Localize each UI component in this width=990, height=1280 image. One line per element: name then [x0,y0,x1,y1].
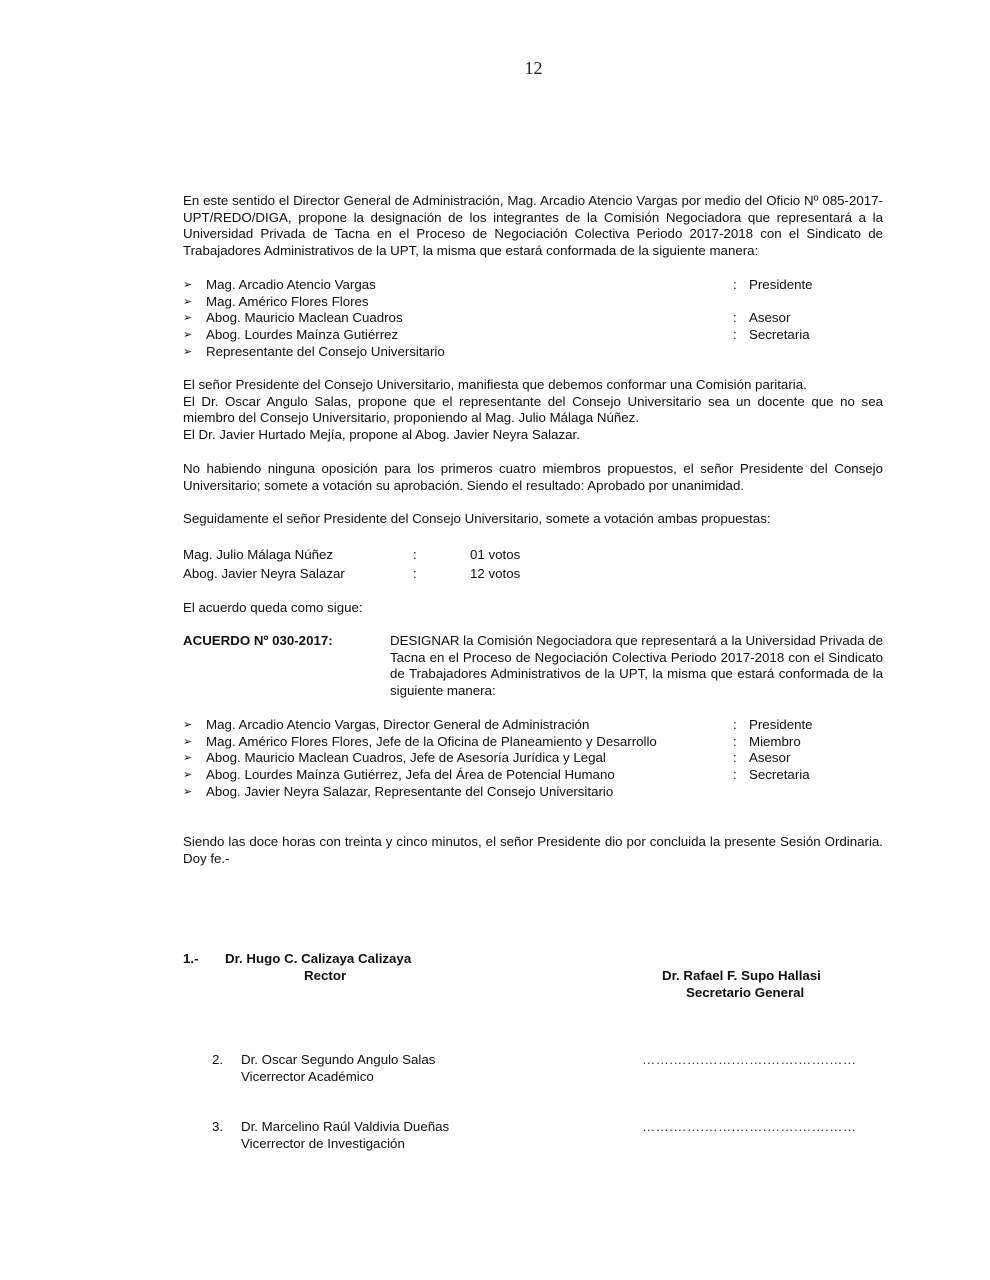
member-name: Representante del Consejo Universitario [206,344,445,359]
paragraph-text: Siendo las doce horas con treinta y cinc… [183,834,883,867]
arrow-bullet-icon: ➢ [183,344,192,361]
candidate-name: Abog. Javier Neyra Salazar [183,566,345,581]
arrow-bullet-icon: ➢ [183,294,192,311]
colon: : [733,327,749,344]
list-item: ➢Abog. Javier Neyra Salazar, Representan… [183,784,883,801]
paragraph-oficio: En este sentido el Director General de A… [183,193,883,260]
secretary-name: Dr. Rafael F. Supo Hallasi [662,968,821,983]
member-role: :Secretaria [733,327,810,344]
colon: : [413,564,417,583]
list-item: ➢Mag. Américo Flores Flores, Jefe de la … [183,734,883,751]
line-1: El señor Presidente del Consejo Universi… [183,377,883,394]
member-name: Mag. Américo Flores Flores, Jefe de la O… [206,734,657,749]
signature-line: …….…….…….…….…….…….…… [642,1119,856,1134]
paragraph-text: El acuerdo queda como sigue: [183,600,883,617]
member-role: :Presidente [733,717,813,734]
signature-number: 1.- [183,951,199,966]
signatory-3: Dr. Marcelino Raúl Valdivia Dueñas Vicer… [241,1119,449,1152]
signature-number: 2. [212,1052,223,1067]
role-label: Secretaria [749,767,810,782]
role-label: Asesor [749,310,790,325]
member-name: Mag. Arcadio Atencio Vargas, Director Ge… [206,717,589,732]
role-label: Asesor [749,750,790,765]
list-item: ➢Abog. Lourdes Maínza Gutiérrez:Secretar… [183,327,883,344]
signature-number: 3. [212,1119,223,1134]
member-role: :Secretaria [733,767,810,784]
commission-final-list: ➢Mag. Arcadio Atencio Vargas, Director G… [183,717,883,800]
colon: : [733,767,749,784]
arrow-bullet-icon: ➢ [183,784,192,801]
arrow-bullet-icon: ➢ [183,310,192,327]
signatory-title: Vicerrector Académico [241,1069,435,1086]
member-role: :Asesor [733,310,790,327]
paragraph-debate: El señor Presidente del Consejo Universi… [183,377,883,444]
arrow-bullet-icon: ➢ [183,717,192,734]
agreement-text: DESIGNAR la Comisión Negociadora que rep… [390,633,883,700]
colon: : [733,717,749,734]
paragraph-closing: Siendo las doce horas con treinta y cinc… [183,834,883,867]
colon: : [733,310,749,327]
member-role [733,294,749,311]
role-label: Miembro [749,734,801,749]
colon: : [733,277,749,294]
member-name: Abog. Mauricio Maclean Cuadros [206,310,403,325]
member-name: Mag. Américo Flores Flores [206,294,369,309]
arrow-bullet-icon: ➢ [183,734,192,751]
signatory-name: Dr. Oscar Segundo Angulo Salas [241,1052,435,1069]
line-2: El Dr. Oscar Angulo Salas, propone que e… [183,394,883,427]
list-item: ➢Mag. Arcadio Atencio Vargas, Director G… [183,717,883,734]
list-item: ➢Representante del Consejo Universitario [183,344,883,361]
member-role: :Miembro [733,734,801,751]
agreement-label: ACUERDO Nº 030-2017: [183,633,333,648]
vote-row: Abog. Javier Neyra Salazar : 12 votos [183,564,345,583]
member-role: :Asesor [733,750,790,767]
paragraph-text: En este sentido el Director General de A… [183,193,883,260]
member-role [733,784,749,801]
paragraph-text: No habiendo ninguna oposición para los p… [183,461,883,494]
arrow-bullet-icon: ➢ [183,327,192,344]
vote-count: 12 votos [470,564,520,583]
role-label: Presidente [749,277,813,292]
list-item: ➢Abog. Mauricio Maclean Cuadros:Asesor [183,310,883,327]
member-role [733,344,749,361]
vote-results: Mag. Julio Málaga Núñez : 01 votos Abog.… [183,545,345,583]
signature-entry-2: 2. [212,1052,223,1069]
paragraph-text: Seguidamente el señor Presidente del Con… [183,511,883,528]
colon: : [733,734,749,751]
signatory-title: Vicerrector de Investigación [241,1136,449,1153]
vote-count: 01 votos [470,545,520,564]
signatory-2: Dr. Oscar Segundo Angulo Salas Vicerrect… [241,1052,435,1085]
member-name: Abog. Lourdes Maínza Gutiérrez [206,327,398,342]
line-3: El Dr. Javier Hurtado Mejía, propone al … [183,427,883,444]
arrow-bullet-icon: ➢ [183,767,192,784]
rector-name: Dr. Hugo C. Calizaya Calizaya [225,951,411,966]
member-name: Mag. Arcadio Atencio Vargas [206,277,376,292]
secretary-title: Secretario General [686,985,804,1000]
list-item: ➢Mag. Américo Flores Flores [183,294,883,311]
role-label: Secretaria [749,327,810,342]
paragraph-approval: No habiendo ninguna oposición para los p… [183,461,883,494]
signature-line: …….…….…….…….…….…….…… [642,1052,856,1067]
role-label: Presidente [749,717,813,732]
list-item: ➢Abog. Lourdes Maínza Gutiérrez, Jefa de… [183,767,883,784]
paragraph-agreement-intro: El acuerdo queda como sigue: [183,600,883,617]
colon: : [413,545,417,564]
commission-proposal-list: ➢Mag. Arcadio Atencio Vargas:Presidente➢… [183,277,883,360]
signatory-name: Dr. Marcelino Raúl Valdivia Dueñas [241,1119,449,1136]
member-name: Abog. Lourdes Maínza Gutiérrez, Jefa del… [206,767,615,782]
member-name: Abog. Javier Neyra Salazar, Representant… [206,784,613,799]
member-name: Abog. Mauricio Maclean Cuadros, Jefe de … [206,750,606,765]
candidate-name: Mag. Julio Málaga Núñez [183,547,333,562]
page-number: 12 [0,58,990,79]
member-role: :Presidente [733,277,813,294]
arrow-bullet-icon: ➢ [183,750,192,767]
colon: : [733,750,749,767]
arrow-bullet-icon: ➢ [183,277,192,294]
list-item: ➢Abog. Mauricio Maclean Cuadros, Jefe de… [183,750,883,767]
vote-row: Mag. Julio Málaga Núñez : 01 votos [183,545,345,564]
paragraph-vote-call: Seguidamente el señor Presidente del Con… [183,511,883,528]
signature-entry-3: 3. [212,1119,223,1136]
rector-title: Rector [304,968,346,983]
list-item: ➢Mag. Arcadio Atencio Vargas:Presidente [183,277,883,294]
